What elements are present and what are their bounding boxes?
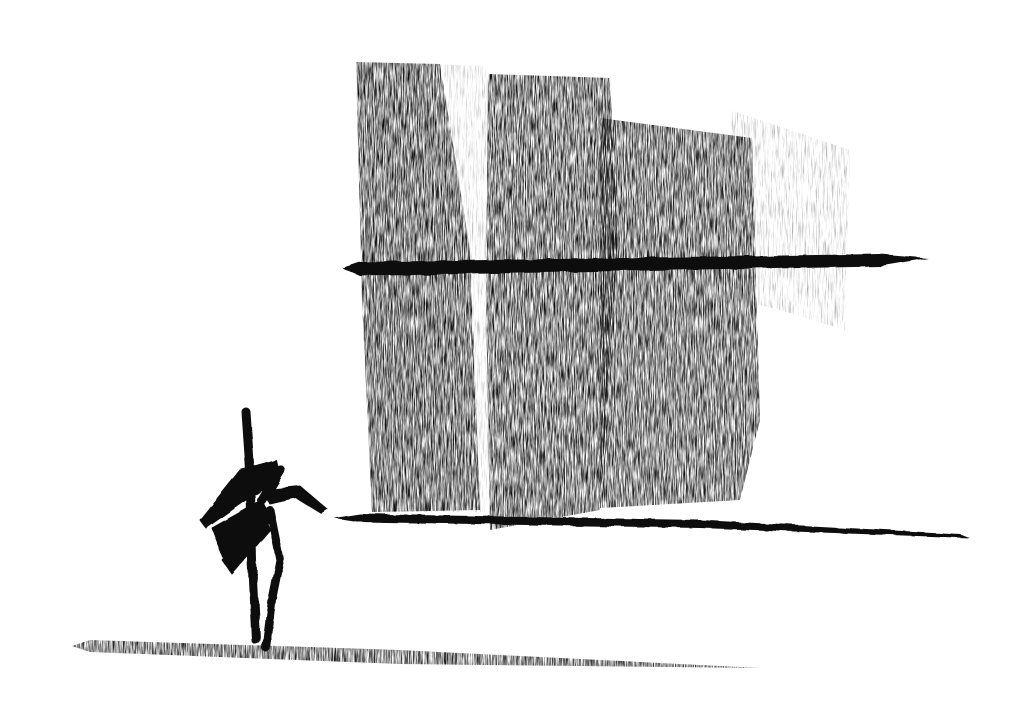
vertical-panel-middle	[486, 74, 618, 530]
standing-figure	[200, 412, 328, 648]
vertical-panel-left-faint	[356, 62, 488, 512]
faint-panel-far-right	[730, 110, 850, 330]
horizontal-bar-lower	[334, 514, 970, 538]
ground-line	[72, 640, 760, 668]
charcoal-sketch	[0, 0, 1024, 724]
panel-wall	[356, 62, 850, 530]
